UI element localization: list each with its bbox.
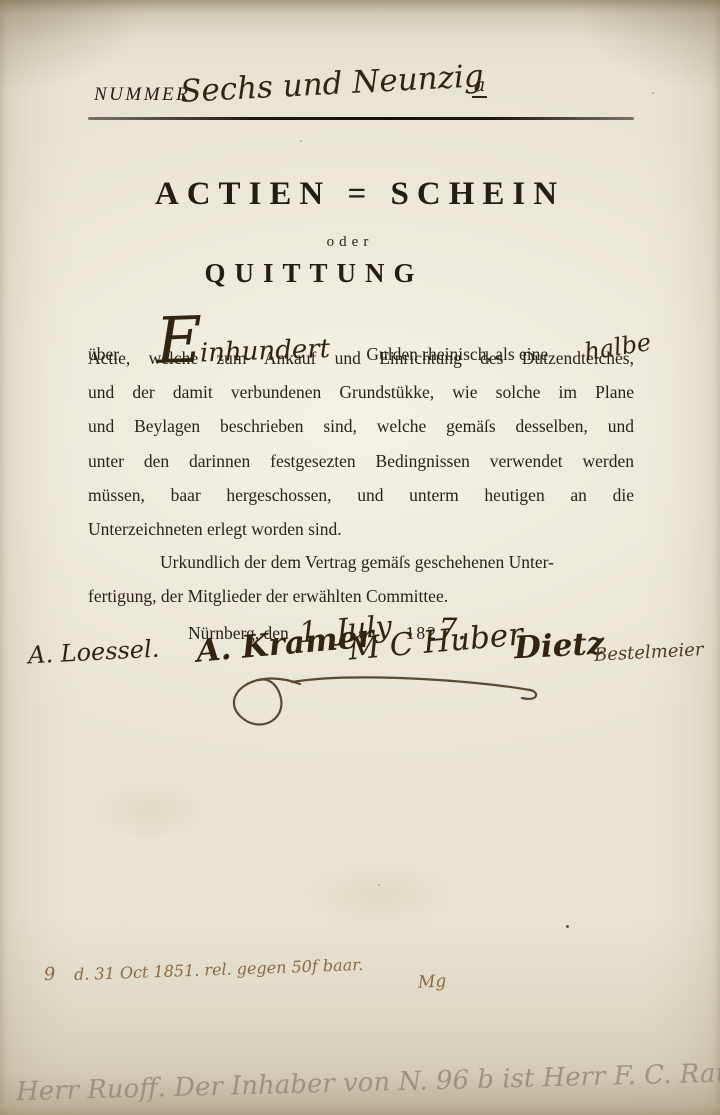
cancellation-note: d. 31 Oct 1851. rel. gegen 50f baar. [74, 955, 364, 984]
body-line: müssen, baar hergeschossen, und unterm h… [88, 485, 634, 519]
closing-line: Urkundlich der dem Vertrag gemäſs gesche… [88, 552, 634, 586]
body-line: über Einhundert Gulden rheinisch, als ei… [88, 314, 634, 348]
document-title: ACTIEN = SCHEIN [0, 176, 720, 213]
body-line: unter den darinnen festgesezten Bedingni… [88, 451, 634, 485]
paper-speck [652, 92, 654, 94]
document-subtitle: QUITTUNG [0, 258, 628, 289]
body-paragraph: über Einhundert Gulden rheinisch, als ei… [88, 314, 634, 553]
cancellation-initials: Mg [417, 971, 446, 992]
header-rule [88, 117, 634, 120]
ink-dot [566, 925, 569, 928]
paper-stain [90, 780, 210, 840]
body-line: und der damit verbundenen Grundstükke, w… [88, 382, 634, 416]
share-number-superscript: a [472, 74, 487, 98]
nummer-label: NUMMER [94, 84, 190, 106]
body-line: Unterzeichneten erlegt worden sind. [88, 519, 634, 553]
closing-paragraph: Urkundlich der dem Vertrag gemäſs gesche… [88, 552, 634, 620]
transfer-note: Herr Ruoff. Der Inhaber von N. 96 b ist … [16, 1059, 717, 1107]
paper-stain [300, 860, 460, 930]
paper-speck [300, 140, 302, 142]
signature-dietz: Dietz [513, 626, 605, 667]
signature-flourish [222, 666, 562, 746]
signature-bestelmeier: Bestelmeier [594, 639, 704, 666]
share-number-handwritten: Sechs und Neunzig [179, 58, 484, 110]
amount-handwritten: Einhundert [155, 311, 330, 368]
cancellation-mark: 9 [43, 964, 56, 986]
body-line: und Beylagen beschrieben sind, welche ge… [88, 416, 634, 450]
title-connector: oder [0, 234, 700, 251]
signature-loessel: A. Loessel. [27, 635, 160, 670]
share-certificate-document: NUMMER Sechs und Neunzig a ACTIEN = SCHE… [0, 0, 720, 1115]
share-fraction-handwritten: halbe [582, 328, 653, 366]
